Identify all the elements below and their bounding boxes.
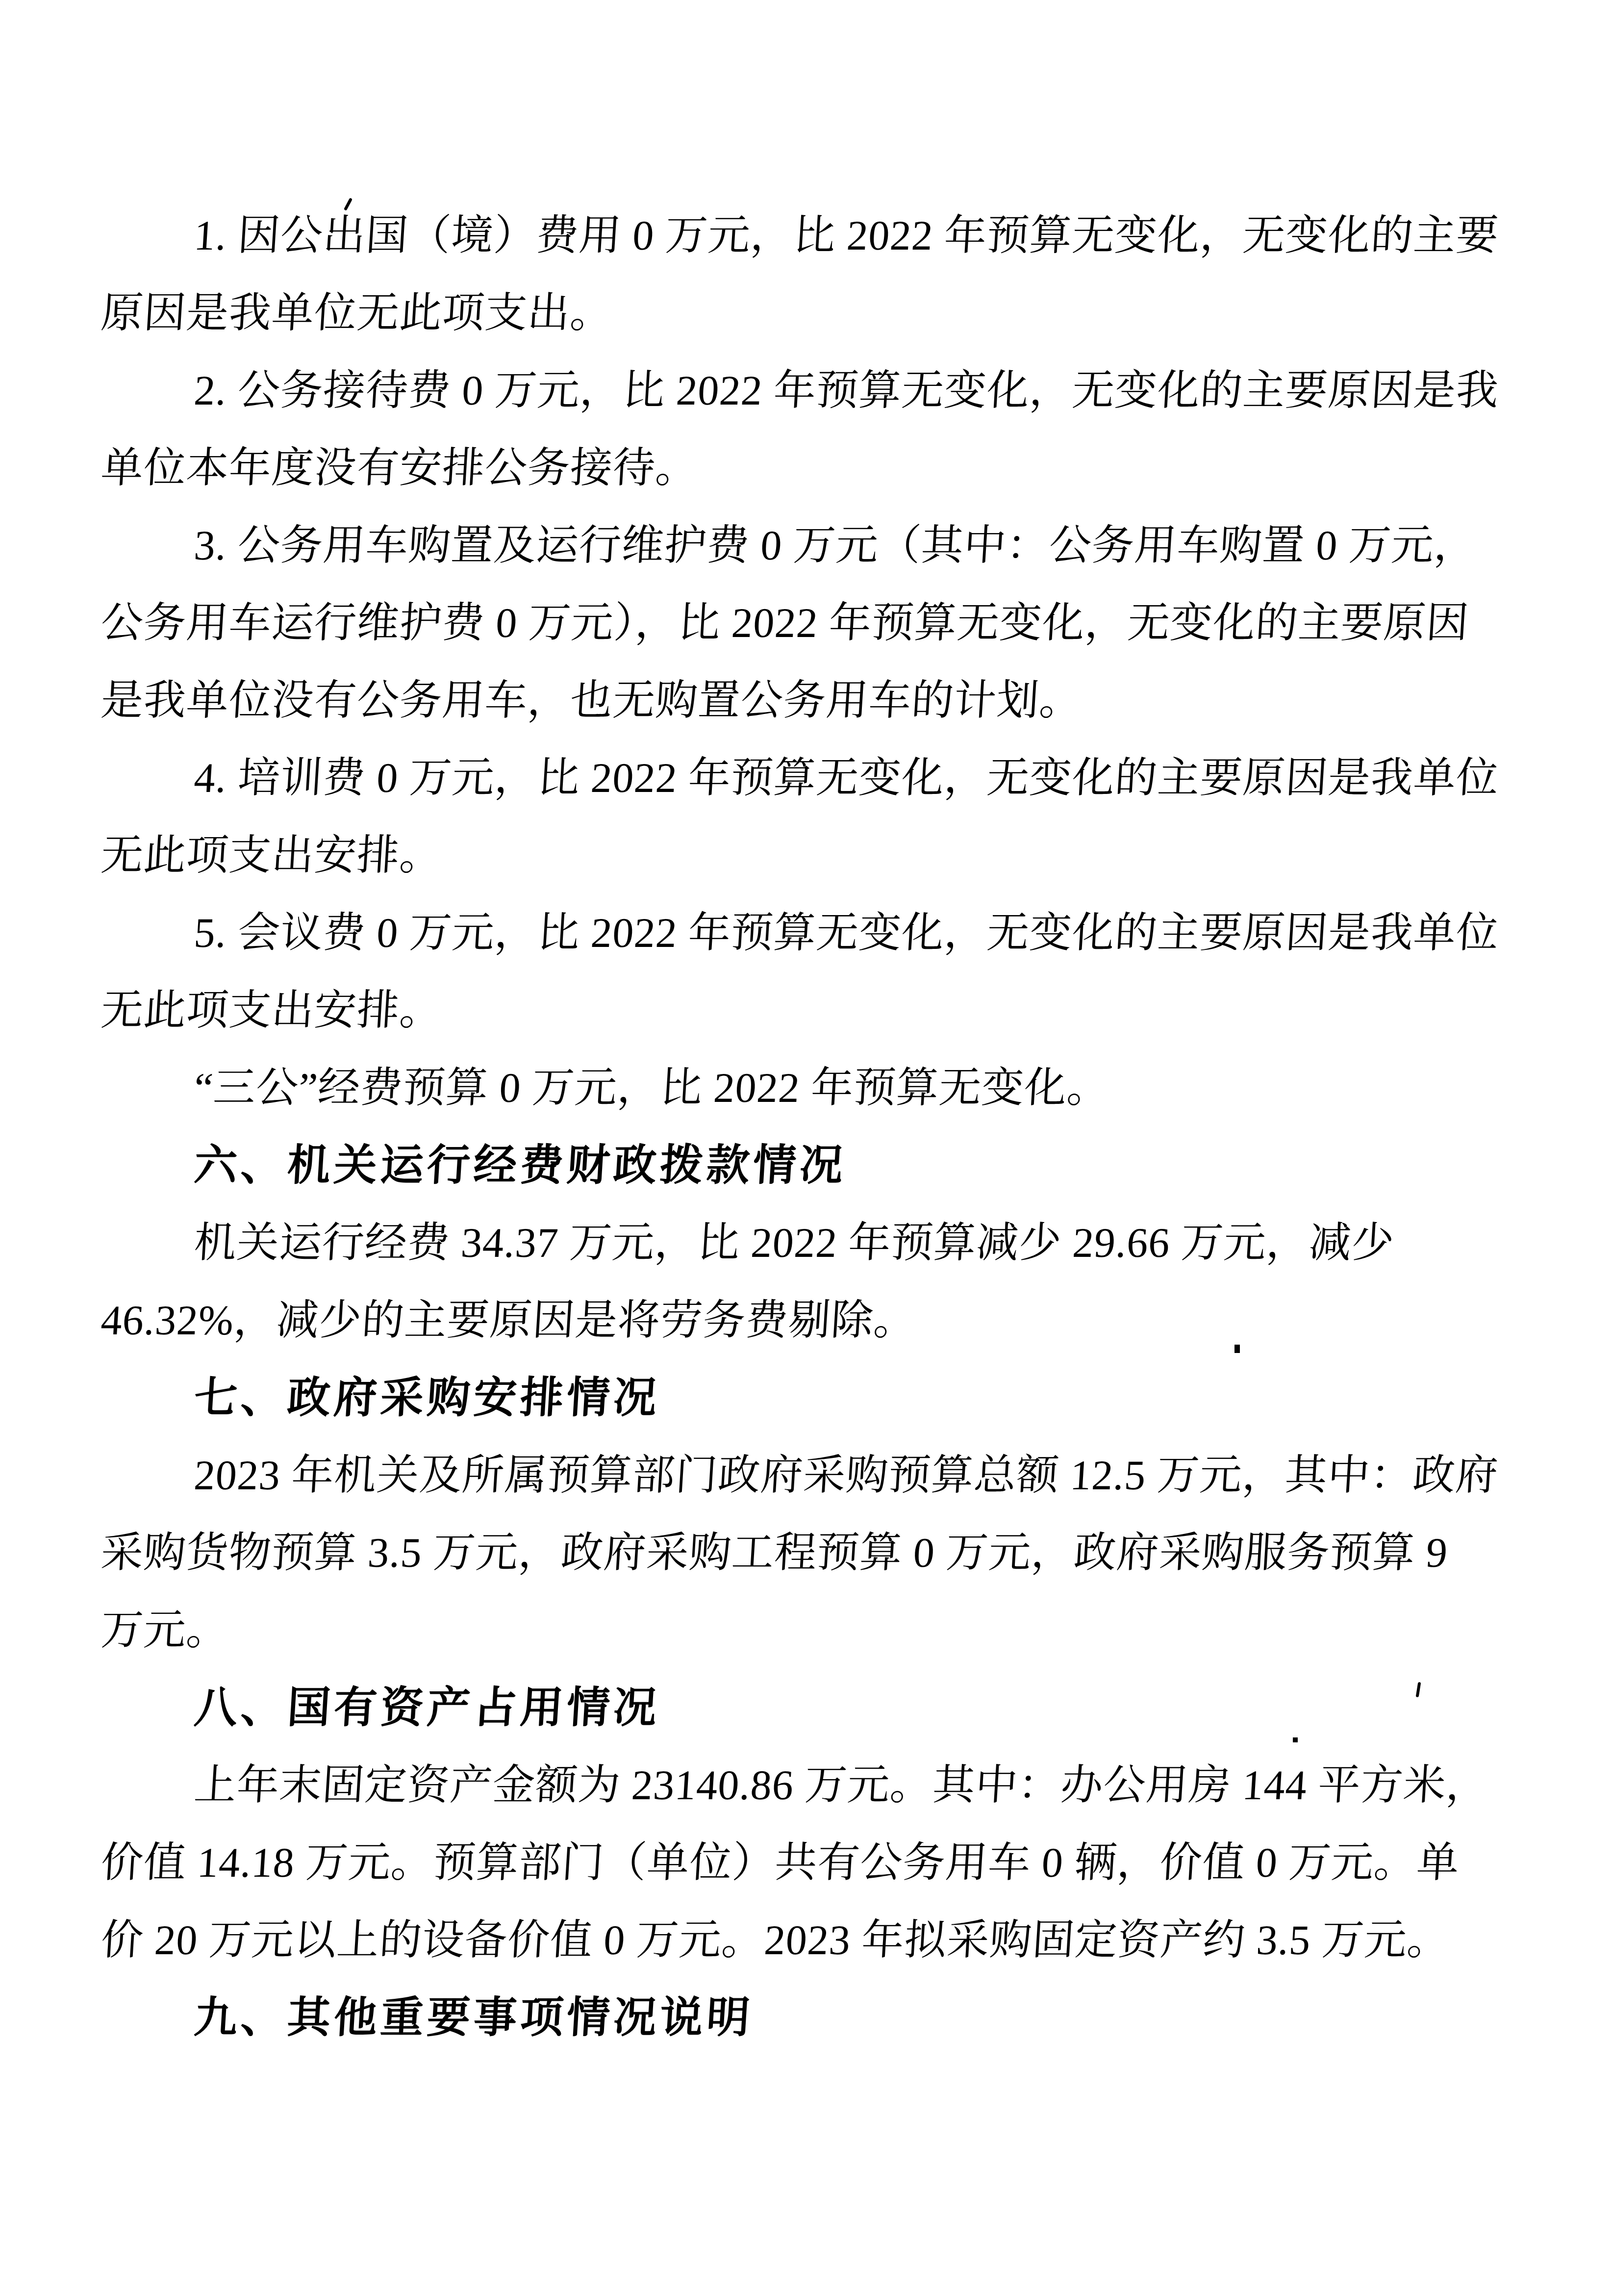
text-line: 原因是我单位无此项支出。	[99, 274, 1515, 352]
section-heading-8: 八、国有资产占用情况	[99, 1669, 1515, 1746]
text-line: 4. 培训费 0 万元，比 2022 年预算无变化，无变化的主要原因是我单位	[99, 739, 1515, 816]
text-line: 3. 公务用车购置及运行维护费 0 万元（其中：公务用车购置 0 万元，	[99, 507, 1515, 584]
text-line: 2023 年机关及所属预算部门政府采购预算总额 12.5 万元，其中：政府	[99, 1436, 1515, 1514]
text-line: 无此项支出安排。	[99, 816, 1515, 894]
text-line: 46.32%，减少的主要原因是将劳务费剔除。	[99, 1281, 1515, 1359]
text-line: 是我单位没有公务用车，也无购置公务用车的计划。	[99, 662, 1515, 739]
scan-artifact-dot	[1234, 1345, 1240, 1353]
scanned-document-page: 1. 因公出国（境）费用 0 万元，比 2022 年预算无变化，无变化的主要 原…	[0, 0, 1612, 2296]
text-line: 机关运行经费 34.37 万元，比 2022 年预算减少 29.66 万元，减少	[99, 1204, 1515, 1281]
text-line: 价值 14.18 万元。预算部门（单位）共有公务用车 0 辆，价值 0 万元。单	[99, 1824, 1515, 1901]
text-line: 价 20 万元以上的设备价值 0 万元。2023 年拟采购固定资产约 3.5 万…	[99, 1901, 1515, 1979]
section-heading-7: 七、政府采购安排情况	[99, 1359, 1515, 1436]
scan-artifact-dot	[1293, 1737, 1298, 1742]
text-line: 公务用车运行维护费 0 万元），比 2022 年预算无变化，无变化的主要原因	[99, 584, 1515, 662]
text-line: 上年末固定资产金额为 23140.86 万元。其中：办公用房 144 平方米，	[99, 1746, 1515, 1824]
text-line: 单位本年度没有安排公务接待。	[99, 429, 1515, 507]
text-line: 万元。	[99, 1591, 1515, 1669]
text-line: 采购货物预算 3.5 万元，政府采购工程预算 0 万元，政府采购服务预算 9	[99, 1514, 1515, 1591]
text-line: 2. 公务接待费 0 万元，比 2022 年预算无变化，无变化的主要原因是我	[99, 352, 1515, 429]
text-line: 5. 会议费 0 万元，比 2022 年预算无变化，无变化的主要原因是我单位	[99, 894, 1515, 971]
section-heading-6: 六、机关运行经费财政拨款情况	[99, 1126, 1515, 1204]
section-heading-9: 九、其他重要事项情况说明	[99, 1979, 1515, 2056]
text-line: 1. 因公出国（境）费用 0 万元，比 2022 年预算无变化，无变化的主要	[99, 197, 1515, 274]
document-body: 1. 因公出国（境）费用 0 万元，比 2022 年预算无变化，无变化的主要 原…	[101, 197, 1513, 2056]
text-line: 无此项支出安排。	[99, 971, 1515, 1049]
text-line: “三公”经费预算 0 万元，比 2022 年预算无变化。	[99, 1049, 1515, 1126]
